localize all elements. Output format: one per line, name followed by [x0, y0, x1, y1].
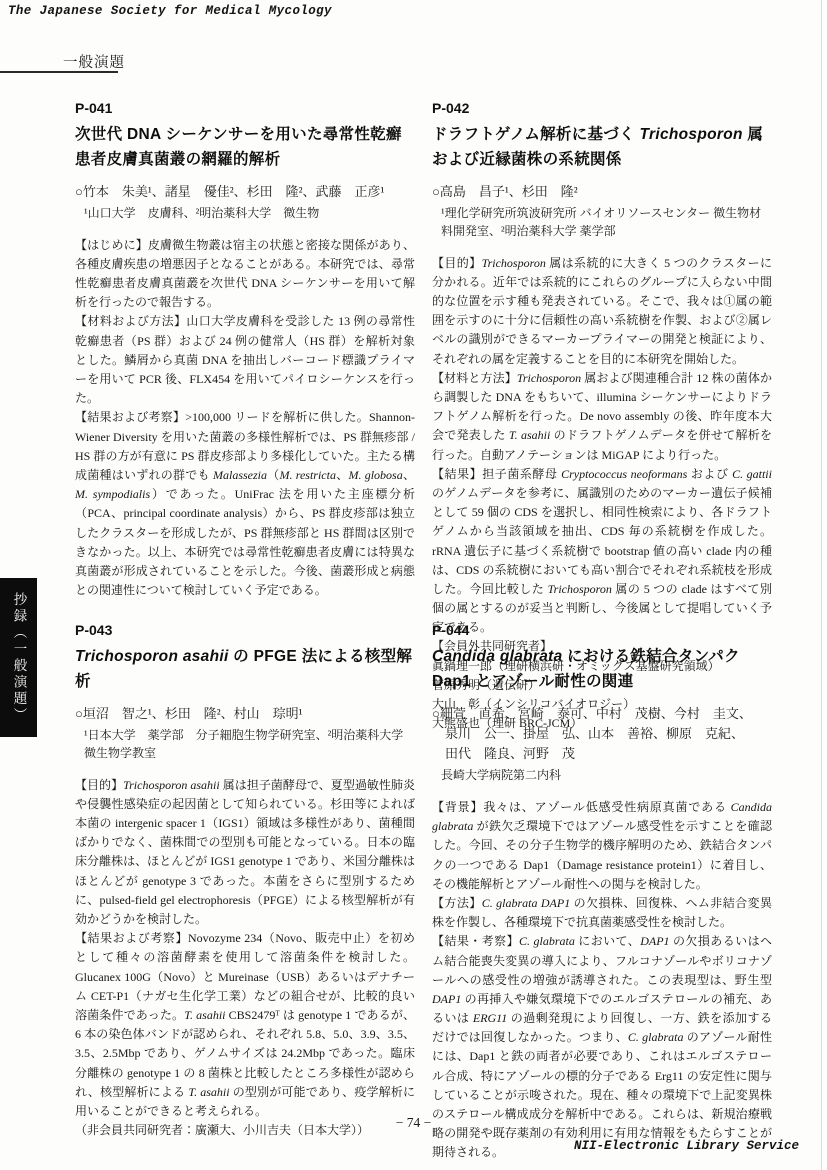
abstract-body: 【はじめに】皮膚微生物叢は宿主の状態と密接な関係があり、各種皮膚疾患の増悪因子と…: [75, 236, 415, 601]
abstract-authors: ○細萱 直希、宮崎 泰可、中村 茂樹、今村 圭文、 泉川 公一、掛屋 弘、山本 …: [432, 704, 772, 764]
section-label: 一般演題: [63, 51, 125, 72]
abstract-affiliations: ¹日本大学 薬学部 分子細胞生物学研究室、²明治薬科大学 微生物学教室: [75, 726, 415, 762]
abstract-id: P-041: [75, 100, 415, 116]
side-tab-abstracts: 抄録（一般演題）: [0, 578, 37, 737]
abstract-title: Trichosporon asahii の PFGE 法による核型解析: [75, 645, 415, 695]
abstract-affiliations: 長崎大学病院第二内科: [432, 766, 772, 784]
journal-header: The Japanese Society for Medical Mycolog…: [8, 4, 332, 18]
abstract-id: P-043: [75, 622, 415, 638]
abstract-affiliations: ¹山口大学 皮膚科、²明治薬科大学 微生物: [75, 204, 415, 222]
abstract-body: 【目的】Trichosporon asahii 属は担子菌酵母で、夏型過敏性肺炎…: [75, 776, 415, 1141]
abstract-authors: ○竹本 朱美¹、諸星 優佳²、杉田 隆²、武藤 正彦¹: [75, 182, 415, 202]
abstract-id: P-044: [432, 622, 772, 638]
abstract-p041: P-041 次世代 DNA シーケンサーを用いた尋常性乾癬患者皮膚真菌叢の網羅的…: [75, 100, 415, 600]
abstract-authors: ○垣沼 智之¹、杉田 隆²、村山 琮明¹: [75, 704, 415, 724]
abstract-affiliations: ¹理化学研究所筑波研究所 バイオリソースセンター 微生物材料開発室、²明治薬科大…: [432, 204, 772, 240]
abstract-body: 【背景】我々は、アゾール低感受性病原真菌である Candida glabrata…: [432, 798, 772, 1163]
abstract-page: The Japanese Society for Medical Mycolog…: [0, 0, 827, 1170]
library-service-note: NII-Electronic Library Service: [574, 1139, 799, 1153]
abstract-title: Candida glabrata における鉄結合タンパク Dap1 とアゾール耐…: [432, 645, 772, 695]
abstract-authors: ○高島 昌子¹、杉田 隆²: [432, 182, 772, 202]
side-tab-label: 抄録（一般演題）: [9, 592, 29, 724]
abstract-title: ドラフトゲノム解析に基づく Trichosporon 属および近縁菌株の系統関係: [432, 123, 772, 173]
scan-edge-line: [821, 0, 822, 1170]
abstract-id: P-042: [432, 100, 772, 116]
abstract-p043: P-043 Trichosporon asahii の PFGE 法による核型解…: [75, 622, 415, 1140]
page-number: − 74 −: [0, 1115, 827, 1131]
abstract-p044: P-044 Candida glabrata における鉄結合タンパク Dap1 …: [432, 622, 772, 1163]
abstract-title: 次世代 DNA シーケンサーを用いた尋常性乾癬患者皮膚真菌叢の網羅的解析: [75, 123, 415, 173]
